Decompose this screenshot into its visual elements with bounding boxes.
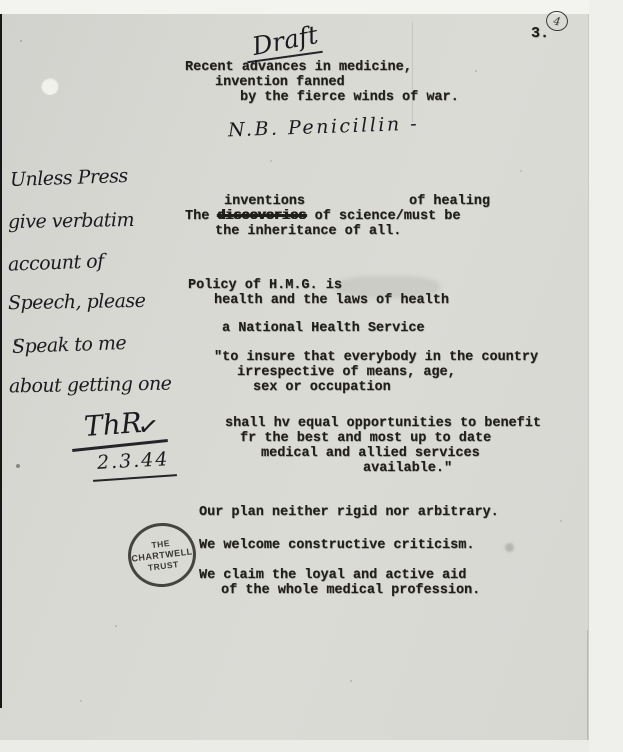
- initials-handwritten: ThR: [83, 406, 143, 443]
- quote-line-6: medical and allied services: [261, 446, 480, 461]
- inserted-phrase: of healing: [409, 194, 490, 209]
- heading-line-1: Recent advances in medicine,: [185, 60, 412, 75]
- quote-line-2: irrespective of means, age,: [237, 365, 456, 380]
- policy-line-1: Policy of H.M.G. is: [188, 278, 342, 293]
- margin-note-1: Unless Press: [10, 165, 128, 191]
- policy-line-2: health and the laws of health: [214, 293, 449, 308]
- scan-bottom-edge: [0, 740, 589, 752]
- margin-note-6: about getting one: [9, 373, 172, 398]
- page-number: 3.: [531, 26, 549, 41]
- sentence-pre: The: [185, 209, 217, 224]
- margin-note-2: give verbatim: [8, 209, 134, 233]
- sentence-line-2: the inheritance of all.: [215, 224, 401, 239]
- margin-note-5: Speak to me: [12, 332, 127, 358]
- heading-line-2: invention fanned: [215, 75, 345, 90]
- closing-line-3: We claim the loyal and active aid: [199, 568, 466, 583]
- heading-line-3: by the fierce winds of war.: [240, 90, 459, 105]
- scanned-document: 4 3. Draft Recent advances in medicine, …: [0, 0, 623, 752]
- page-right-edge: [589, 0, 623, 752]
- ink-smudge-dot: [505, 543, 514, 552]
- quote-line-4: shall hv equal opportunities to benefit: [225, 416, 541, 431]
- check-mark: ✓: [136, 411, 161, 443]
- quote-line-1: "to insure that everybody in the country: [214, 350, 538, 365]
- paper-speckles: [20, 40, 22, 42]
- struck-word: discoveries: [217, 209, 306, 224]
- page-edge-line: [587, 630, 588, 740]
- closing-line-4: of the whole medical profession.: [221, 583, 480, 598]
- quote-line-3: sex or occupation: [253, 380, 391, 395]
- sentence-post: of science/must be: [307, 209, 461, 224]
- quote-line-5: fr the best and most up to date: [240, 431, 491, 446]
- scan-binding-shadow: [0, 14, 2, 708]
- paper-crease: [412, 22, 413, 122]
- margin-note-4: Speech, please: [8, 290, 146, 314]
- scan-top-edge: [0, 0, 589, 14]
- punch-hole: [41, 77, 59, 95]
- inserted-word: inventions: [224, 194, 305, 209]
- margin-note-3: account of: [8, 250, 104, 275]
- quote-line-7: available.": [363, 461, 452, 476]
- nhs-line: a National Health Service: [222, 321, 425, 336]
- circled-page-number-text: 4: [552, 14, 561, 28]
- sentence-line-1: The discoveries of science/must be: [185, 209, 460, 224]
- date-handwritten: 2.3.44: [96, 448, 169, 474]
- closing-line-1: Our plan neither rigid nor arbitrary.: [199, 505, 499, 520]
- closing-line-2: We welcome constructive criticism.: [199, 538, 474, 553]
